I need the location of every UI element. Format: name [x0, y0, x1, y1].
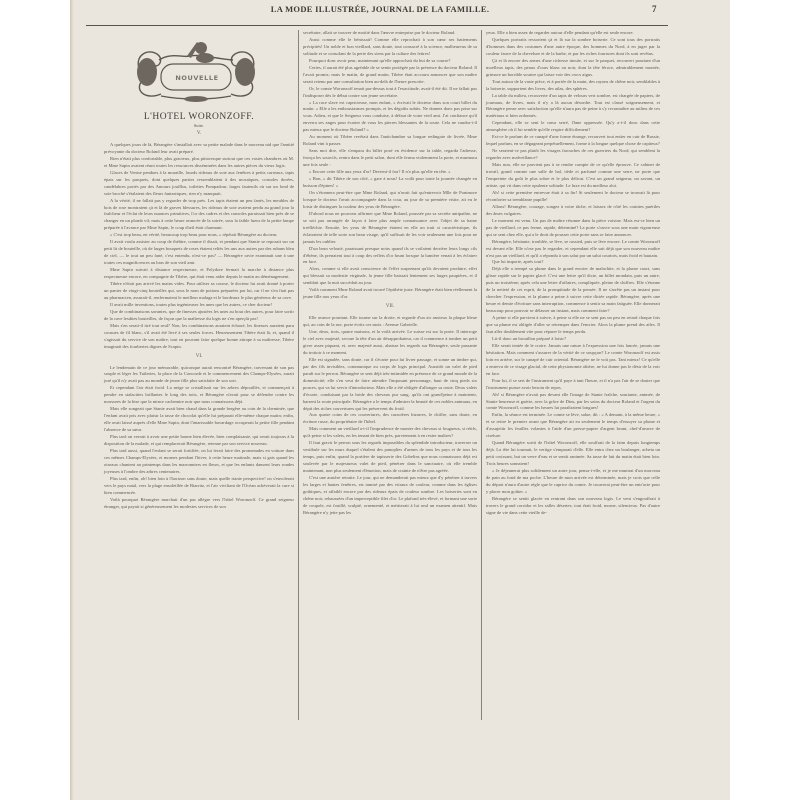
paragraph: Quelques portraits ressortent çà et là s… — [486, 37, 660, 58]
paragraph: Alors, comme si elle avait conscience de… — [303, 266, 477, 287]
paragraph: Mais comment un vieillard a-t-il l'impru… — [303, 426, 477, 440]
paragraph: Mais s'en serait-il tiré tout seul? Non,… — [104, 323, 294, 351]
text-column-2: secrétaire, allait se trouver de moitié … — [303, 30, 477, 517]
paragraph: Au moment où Tibère revêtait dans l'anti… — [303, 134, 477, 148]
paragraph: Allons! Bérangère, courage, songez à vot… — [486, 204, 660, 218]
paragraph: Le moment est venu. Un pas de maître rés… — [486, 218, 660, 239]
nouvelle-label: NOUVELLE — [172, 74, 222, 82]
paragraph: Le lendemain de ce jour mémorable, quico… — [104, 365, 294, 386]
paragraph-continued: secrétaire, allait se trouver de moitié … — [303, 30, 477, 37]
paragraph: On s'étonnera peut-être que Mme Roland, … — [303, 190, 477, 211]
paragraph: Mais elle songeait que Stanie avait bien… — [104, 406, 294, 434]
paragraph: Il avait mille inventions, toutes plus i… — [104, 302, 294, 309]
column-rule — [481, 30, 482, 720]
paragraph: Elle est signalée, sans doute, car il s'… — [303, 357, 477, 413]
paragraph: « C'est trop beau, en vérité, beaucoup t… — [104, 232, 294, 239]
paragraph-continued: yeux. Elle a bien assez de regarder auto… — [486, 30, 660, 37]
paragraph: Il faut gravir le perron sous les regard… — [303, 440, 477, 475]
paragraph: D'abord nous ne pouvons affirmer que Mme… — [303, 211, 477, 246]
paragraph: Plus tard on verrait à avoir une petite … — [104, 434, 294, 448]
running-head: LA MODE ILLUSTRÉE, JOURNAL DE LA FAMILLE… — [100, 4, 660, 22]
paragraph: « Je déjeunerai plus solidement un autre… — [486, 468, 660, 496]
paragraph: Voilà pourquoi Bérangère marchait d'un p… — [104, 497, 294, 511]
paragraph: La table du milieu, recouverte d'un tapi… — [486, 93, 660, 121]
paragraph: Glaces de Venise pendues à la muraille, … — [104, 170, 294, 198]
paragraph: Ne seraient-ce pas plutôt les visages fa… — [486, 148, 660, 162]
paragraph: Tibère n'était pas arrivé les mains vide… — [104, 281, 294, 302]
paragraph: Elle serait tentée de le croire. Jamais … — [486, 343, 660, 378]
paragraph: Voilà comment Mme Roland avait trouvé l'… — [303, 287, 477, 301]
paragraph: Lit-il donc un brouillon préparé à loisi… — [486, 336, 660, 343]
paragraph: A peine si elle parvient à suivre, à pei… — [486, 315, 660, 336]
paragraph: Ah! si cette première entrevue était à s… — [486, 190, 660, 204]
paragraph: Est-ce le parfum de ce canapé d'une form… — [486, 134, 660, 148]
paragraph: A la vérité, il ne fallait pas y regarde… — [104, 198, 294, 233]
paragraph: Plus tard aussi, quand l'enfant se serai… — [104, 448, 294, 476]
paragraph: Elle avance pourtant. Elle tourne sur la… — [303, 315, 477, 329]
paragraph: Déjà elle a trempé sa plume dans le gran… — [486, 266, 660, 315]
paragraph: « Bon, » dit Tibère de son côté, « gare … — [303, 176, 477, 190]
paragraph: Tout autour de la vaste pièce, et à port… — [486, 79, 660, 93]
paragraph: « La race slave est capricieuse, mon enf… — [303, 100, 477, 135]
paragraph: Plus tard, enfin, oh! bien loin à l'hori… — [104, 476, 294, 497]
paragraph: A quelques jours de là, Bérangère s'inst… — [104, 142, 294, 156]
header-rule — [86, 25, 668, 26]
paragraph: D'un brun velouté, paraissant presque no… — [303, 246, 477, 267]
paragraph: Quand Bérangère sortit de l'hôtel Woronz… — [486, 440, 660, 468]
paragraph: Aussi comme elle le bénissait! Comme ell… — [303, 37, 477, 58]
section-number: V. — [104, 131, 294, 138]
paragraph: Il avait voulu assister au coup de théât… — [104, 239, 294, 267]
paragraph: Que de combinaisons savantes, que de fin… — [104, 309, 294, 323]
paragraph: Bérangère se sentit glacée en rentrant d… — [486, 496, 660, 517]
paragraph: Aux quatre coins de ces couvertures, des… — [303, 412, 477, 426]
paragraph: Ah! si Bérangère n'avait pas devant elle… — [486, 392, 660, 413]
page-number: 7 — [652, 4, 657, 14]
paragraph: C'est une austère retraite. Le jour, qui… — [303, 475, 477, 517]
paragraph: Enfin, la séance est terminée. Le comte … — [486, 412, 660, 440]
paragraph: Et cependant l'air était froid. La neige… — [104, 385, 294, 406]
text-column-1: V.A quelques jours de là, Bérangère s'in… — [104, 128, 294, 511]
story-title: L'HOTEL WORONZOFF. — [104, 112, 294, 122]
paragraph: Or, le comte Woronzoff tenait par-dessus… — [303, 86, 477, 100]
column-rule — [298, 30, 299, 720]
section-number: VI. — [104, 354, 294, 361]
paragraph: Certes, il aurait été plus agréable de s… — [303, 65, 477, 86]
paragraph: Bérangère, hésitante, troublée, se lève,… — [486, 239, 660, 260]
paragraph: « Encore cette fille aux yeux d'or! Devi… — [303, 169, 477, 176]
page-edge — [70, 0, 74, 800]
text-column-3: yeux. Elle a bien assez de regarder auto… — [486, 30, 660, 517]
paragraph: Sans mot dire, elle s'empara du billet p… — [303, 148, 477, 169]
section-number: VII. — [303, 304, 477, 311]
paragraph: Pourquoi donc avoir peur, maintenant qu'… — [303, 58, 477, 65]
paragraph: Pour lui, il se sert de l'instrument qu'… — [486, 378, 660, 392]
paragraph: Une, deux, trois, quatre maisons, et la … — [303, 329, 477, 357]
paragraph: Que lui importe, après tout? — [486, 259, 660, 266]
paragraph: Cependant, elle se sent le cœur serré, l… — [486, 120, 660, 134]
paragraph: Mme Sapin suivait à distance respectueus… — [104, 267, 294, 281]
paragraph: Rien n'était plus confortable, plus grac… — [104, 156, 294, 170]
paragraph: Çà et là encore des armes d'une richesse… — [486, 58, 660, 79]
nouvelle-ornament-icon — [131, 38, 261, 104]
paragraph: Mais non, elle ne parvient pas à se rend… — [486, 162, 660, 190]
